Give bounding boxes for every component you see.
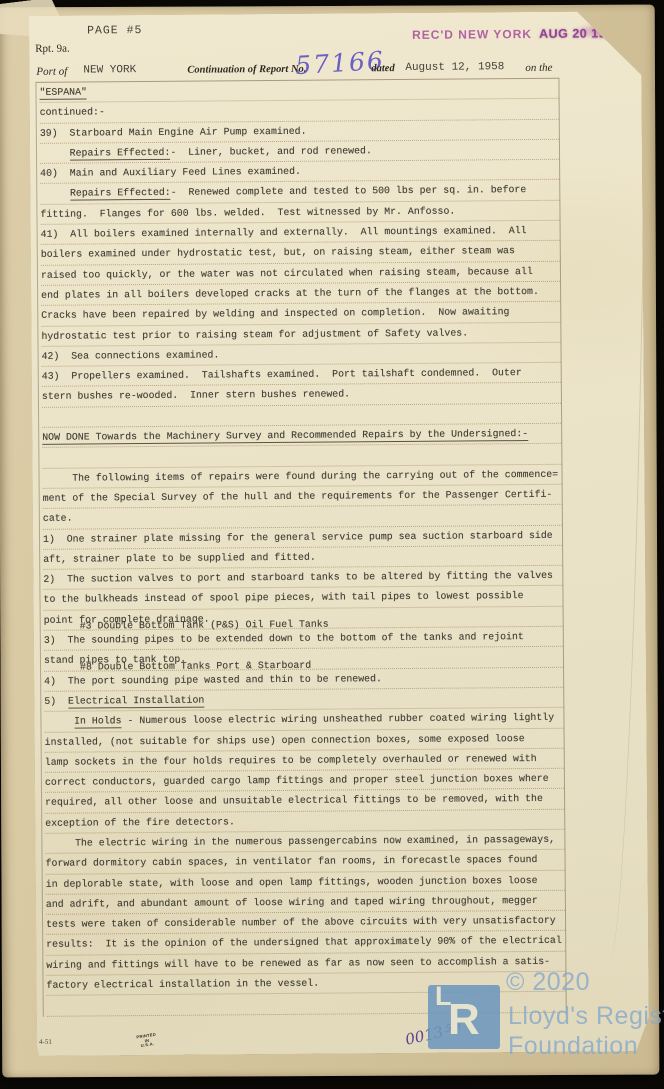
typed-text: aft, strainer plate to be supplied and f… <box>43 552 316 565</box>
port-value: NEW YORK <box>83 64 136 76</box>
typed-text <box>40 148 70 159</box>
typed-text-underlined: Repairs Effected: <box>70 147 171 161</box>
received-stamp-text: REC'D NEW YORK <box>412 27 532 42</box>
typed-text: required, all other loose and unsuitable… <box>45 793 543 808</box>
inserted-annotation: #3 Double Bottom Tank (P&S) Oil Fuel Tan… <box>80 620 329 632</box>
typed-text: ment of the Special Survey of the hull a… <box>43 489 553 504</box>
typed-text: boilers examined under hydrostatic test,… <box>41 246 515 261</box>
handwritten-code-fraction: 5/8 <box>445 1021 461 1036</box>
photo-backdrop: PAGE #5 Rpt. 9a. REC'D NEW YORKAUG 20 19… <box>0 0 664 1089</box>
typed-text: raised too quickly, or the water was not… <box>41 266 533 281</box>
handwritten-code-digits: 0013 <box>404 1023 445 1049</box>
typed-text: 39) Starboard Main Engine Air Pump exami… <box>40 125 307 138</box>
typed-text: stern bushes re-wooded. Inner stern bush… <box>42 389 350 402</box>
typed-text: to the bulkheads instead of spool pipe p… <box>43 590 523 605</box>
typed-text: 41) All boilers examined internally and … <box>41 225 527 240</box>
typed-text: exception of the fire detectors. <box>45 816 235 828</box>
typed-line <box>47 992 566 1016</box>
typed-text: lamp sockets in the four holds requires … <box>45 753 537 768</box>
handwritten-archive-code: 00135/8 <box>404 1019 464 1049</box>
typed-text: - Numerous loose electric wiring unsheat… <box>121 712 554 726</box>
date-value: August 12, 1958 <box>405 61 504 74</box>
typed-text: Cracks have been repaired by welding and… <box>41 306 509 321</box>
typed-text: hydrostatic test prior to raising steam … <box>41 327 468 341</box>
continuation-label: Continuation of Report No. <box>187 64 306 76</box>
printed-in-usa-stamp: PRINTED IN U.S.A. <box>136 1030 159 1053</box>
ruled-lines: "ESPANA"continued:-39) Starboard Main En… <box>35 78 566 1017</box>
typed-text <box>44 716 74 727</box>
received-stamp: REC'D NEW YORKAUG 20 1958 <box>412 24 621 44</box>
typed-text: forward dormitory cabin spaces, in venti… <box>46 854 538 869</box>
typed-text: 1) One strainer plate missing for the ge… <box>43 529 553 544</box>
typed-text: 42) Sea connections examined. <box>42 349 220 361</box>
on-the-label: on the <box>525 62 552 74</box>
page-number: PAGE #5 <box>87 24 142 37</box>
typed-text: correct conductors, guarded cargo lamp f… <box>45 773 549 788</box>
typed-text: tests were taken of considerable number … <box>46 915 556 930</box>
typed-text-underlined: Repairs Effected: <box>70 187 171 201</box>
form-code: 4-51 <box>39 1038 52 1046</box>
typed-text-underlined: NOW DONE Towards the Machinery Survey an… <box>42 428 528 445</box>
typed-text: 4) The port sounding pipe wasted and thi… <box>44 673 382 687</box>
paper-crease <box>584 121 646 962</box>
typed-text: and adrift, and abundant amount of loose… <box>46 895 538 910</box>
typed-text: - Liner, bucket, and rod renewed. <box>170 145 372 158</box>
typed-text-underlined: In Holds <box>74 715 122 728</box>
report-form-label: Rpt. 9a. <box>35 43 70 55</box>
typed-text: cate. <box>43 513 73 524</box>
typed-text: continued:- <box>40 107 105 119</box>
port-of-label: Port of <box>36 66 67 78</box>
report-page: PAGE #5 Rpt. 9a. REC'D NEW YORKAUG 20 19… <box>29 11 649 1056</box>
typed-text: 3) The sounding pipes to be extended dow… <box>44 631 524 646</box>
dated-label: dated <box>371 63 394 74</box>
typed-text-underlined: "ESPANA" <box>39 86 87 99</box>
inserted-annotation: #8 Double Bottom Tanks Port & Starboard <box>80 660 311 672</box>
typed-text: The electric wiring in the numerous pass… <box>45 834 555 849</box>
typed-text: in deplorable state, with loose and open… <box>46 875 538 890</box>
typed-text: installed, (not suitable for ships use) … <box>45 733 525 748</box>
typed-text: 5) <box>44 696 68 707</box>
typed-text: end plates in all boilers developed crac… <box>41 286 539 301</box>
typed-text-underlined: Electrical Installation <box>68 694 204 708</box>
printed-stamp-line: U.S.A. <box>141 1042 155 1048</box>
typed-text <box>40 188 70 199</box>
typed-text: The following items of repairs were foun… <box>43 468 559 483</box>
typed-text: factory electrical installation in the v… <box>46 978 319 991</box>
typed-text: wiring and fittings will have to be rene… <box>46 956 550 971</box>
typed-text: fitting. Flanges for 600 lbs. welded. Te… <box>40 205 455 219</box>
typed-text: 40) Main and Auxiliary Feed Lines examin… <box>40 166 301 179</box>
typed-text: - Renewed complete and tested to 500 lbs… <box>171 185 527 199</box>
typed-text: results: It is the opinion of the unders… <box>46 935 562 950</box>
typed-text: 2) The suction valves to port and starbo… <box>43 570 553 585</box>
typed-text: 43) Propellers examined. Tailshafts exam… <box>42 367 522 382</box>
